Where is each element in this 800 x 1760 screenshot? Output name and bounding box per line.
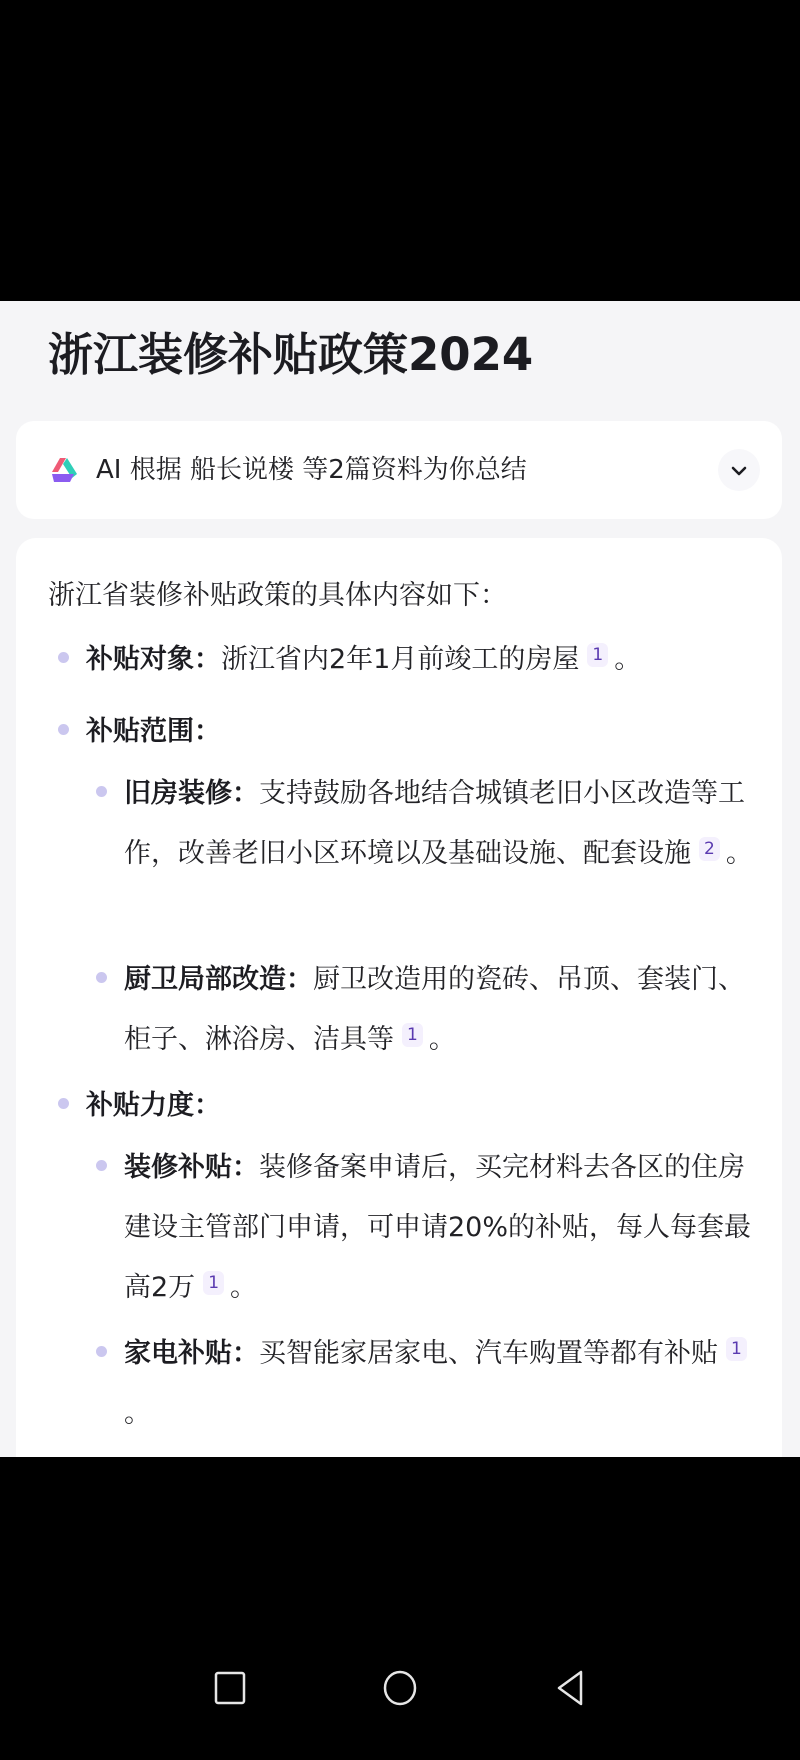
screen-top-blank — [0, 0, 800, 301]
bullet-dot-icon — [58, 1098, 69, 1109]
item-label: 补贴力度 — [86, 1090, 194, 1121]
answer-intro: 浙江省装修补贴政策的具体内容如下： — [48, 576, 507, 616]
triangle-left-icon — [553, 1669, 587, 1711]
chevron-down-icon — [731, 461, 747, 480]
page-title: 浙江装修补贴政策2024 — [48, 325, 533, 385]
circle-icon — [381, 1669, 419, 1711]
item-text: 浙江省内2年1月前竣工的房屋 — [221, 644, 579, 675]
citation-badge[interactable]: 1 — [587, 643, 608, 667]
item-label: 补贴范围 — [86, 716, 194, 747]
item-end: 。 — [614, 630, 641, 690]
item-separator: ： — [194, 644, 221, 675]
answer-card: 浙江省装修补贴政策的具体内容如下： 补贴对象：浙江省内2年1月前竣工的房屋1。 … — [16, 538, 782, 1457]
item-separator: ： — [194, 1090, 221, 1121]
square-icon — [213, 1671, 247, 1709]
item-end: 。 — [429, 1010, 456, 1070]
bullet-dot-icon — [58, 652, 69, 663]
citation-badge[interactable]: 1 — [402, 1023, 423, 1047]
item-separator: ： — [194, 716, 221, 747]
ai-summary-label: AI 根据 船长说楼 等2篇资料为你总结 — [96, 451, 527, 489]
back-button[interactable] — [540, 1660, 600, 1720]
citation-badge[interactable]: 1 — [203, 1271, 224, 1295]
item-text: 买智能家居家电、汽车购置等都有补贴 — [259, 1338, 718, 1369]
bullet-dot-icon — [96, 1346, 107, 1357]
item-separator: ： — [232, 1152, 259, 1183]
item-label: 补贴对象 — [86, 644, 194, 675]
item-end: 。 — [124, 1384, 151, 1444]
item-label: 装修补贴 — [124, 1152, 232, 1183]
item-separator: ： — [232, 1338, 259, 1369]
citation-badge[interactable]: 2 — [699, 837, 720, 861]
home-button[interactable] — [370, 1660, 430, 1720]
bullet-dot-icon — [96, 786, 107, 797]
bullet-dot-icon — [96, 1160, 107, 1171]
item-separator: ： — [286, 964, 313, 995]
recents-button[interactable] — [200, 1660, 260, 1720]
android-navigation-bar — [0, 1660, 800, 1760]
search-result-page: 浙江装修补贴政策2024 AI 根据 船长说楼 等2篇资料为你总结 浙江省装修补… — [0, 301, 800, 1457]
item-label: 厨卫局部改造 — [124, 964, 286, 995]
item-separator: ： — [232, 778, 259, 809]
item-label: 旧房装修 — [124, 778, 232, 809]
expand-summary-button[interactable] — [718, 449, 760, 491]
ai-logo-icon — [50, 456, 80, 484]
bullet-dot-icon — [58, 724, 69, 735]
citation-badge[interactable]: 1 — [726, 1337, 747, 1361]
ai-summary-card[interactable]: AI 根据 船长说楼 等2篇资料为你总结 — [16, 421, 782, 519]
bullet-dot-icon — [96, 972, 107, 983]
item-end: 。 — [726, 824, 753, 884]
item-end: 。 — [230, 1258, 257, 1318]
item-label: 家电补贴 — [124, 1338, 232, 1369]
